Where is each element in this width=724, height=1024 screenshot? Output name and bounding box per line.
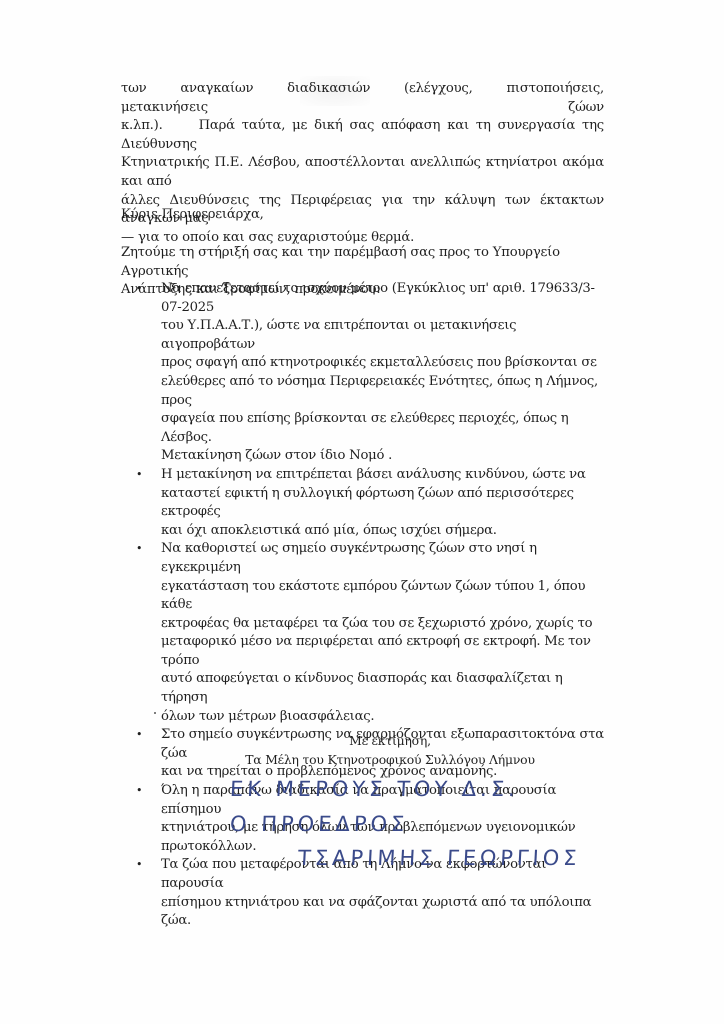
request-line: καταστεί εφικτή η συλλογική φόρτωση ζώων…	[161, 485, 604, 522]
paragraph-line: Κτηνιατρικής Π.Ε. Λέσβου, αποστέλλονται …	[121, 154, 604, 191]
paragraph-line-rest: Παρά ταύτα, με δική σας απόφαση και τη σ…	[121, 118, 604, 152]
request-item: •Η μετακίνηση να επιτρέπεται βάσει ανάλυ…	[121, 466, 604, 540]
request-line: όλων των μέτρων βιοασφάλειας.	[161, 708, 604, 727]
stray-mark	[154, 712, 156, 714]
paragraph-line: των αναγκαίων διαδικασιών (ελέγχους, πισ…	[121, 80, 604, 117]
request-line: και όχι αποκλειστικά από μία, όπως ισχύε…	[161, 522, 604, 541]
request-line: εγκατάσταση του εκάστοτε εμπόρου ζώντων …	[161, 578, 604, 615]
handwritten-president: Ο ΠΡΟΕΔΡΟΣ	[229, 812, 409, 836]
paragraph-line: κ.λπ.).Παρά ταύτα, με δική σας απόφαση κ…	[121, 117, 604, 154]
paragraph-line-start: κ.λπ.).	[121, 118, 163, 133]
bullet-icon: •	[136, 466, 142, 485]
bullet-icon: •	[136, 280, 142, 299]
request-line: ελεύθερες από το νόσημα Περιφερειακές Εν…	[161, 373, 604, 410]
request-line: προς σφαγή από κτηνοτροφικές εκμεταλλεύσ…	[161, 354, 604, 373]
request-line: μεταφορικό μέσο να περιφέρεται από εκτρο…	[161, 633, 604, 670]
request-line: επίσημου κτηνιάτρου και να σφάζονται χωρ…	[161, 894, 604, 931]
closing-signatories: Τα Μέλη του Κτηνοτροφικού Συλλόγου Λήμνο…	[28, 750, 724, 769]
handwritten-name: ΤΣΑΡΙΜΗΣ ΓΕΩΡΓΙΟΣ	[297, 846, 581, 870]
bullet-icon: •	[136, 540, 142, 559]
handwritten-on-behalf: ΕΚ ΜΕΡΟΥΣ ΤΟΥ Δ.Σ.	[229, 777, 519, 801]
request-line: Να επανεξεταστεί το ισχύον μέτρο (Εγκύκλ…	[161, 280, 604, 317]
intro-line: Ζητούμε τη στήριξή σας και την παρέμβασή…	[121, 244, 604, 281]
request-line: Η μετακίνηση να επιτρέπεται βάσει ανάλυσ…	[161, 466, 604, 485]
request-line: Μετακίνηση ζώων στον ίδιο Νομό .	[161, 447, 604, 466]
closing-regards: Με εκτίμηση,	[28, 731, 724, 750]
request-line: Να καθοριστεί ως σημείο συγκέντρωσης ζώω…	[161, 540, 604, 577]
salutation: Κύριε Περιφερειάρχα,	[121, 206, 604, 225]
document-page: των αναγκαίων διαδικασιών (ελέγχους, πισ…	[0, 0, 724, 1024]
request-line: αυτό αποφεύγεται ο κίνδυνος διασποράς κα…	[161, 670, 604, 707]
request-item: •Να επανεξεταστεί το ισχύον μέτρο (Εγκύκ…	[121, 280, 604, 466]
request-line: σφαγεία που επίσης βρίσκονται σε ελεύθερ…	[161, 410, 604, 447]
request-line: εκτροφέας θα μεταφέρει τα ζώα του σε ξεχ…	[161, 615, 604, 634]
request-item: •Να καθοριστεί ως σημείο συγκέντρωσης ζώ…	[121, 540, 604, 726]
bullet-icon: •	[136, 856, 142, 875]
request-line: του Υ.Π.Α.Α.Τ.), ώστε να επιτρέπονται οι…	[161, 317, 604, 354]
bullet-icon: •	[136, 782, 142, 801]
